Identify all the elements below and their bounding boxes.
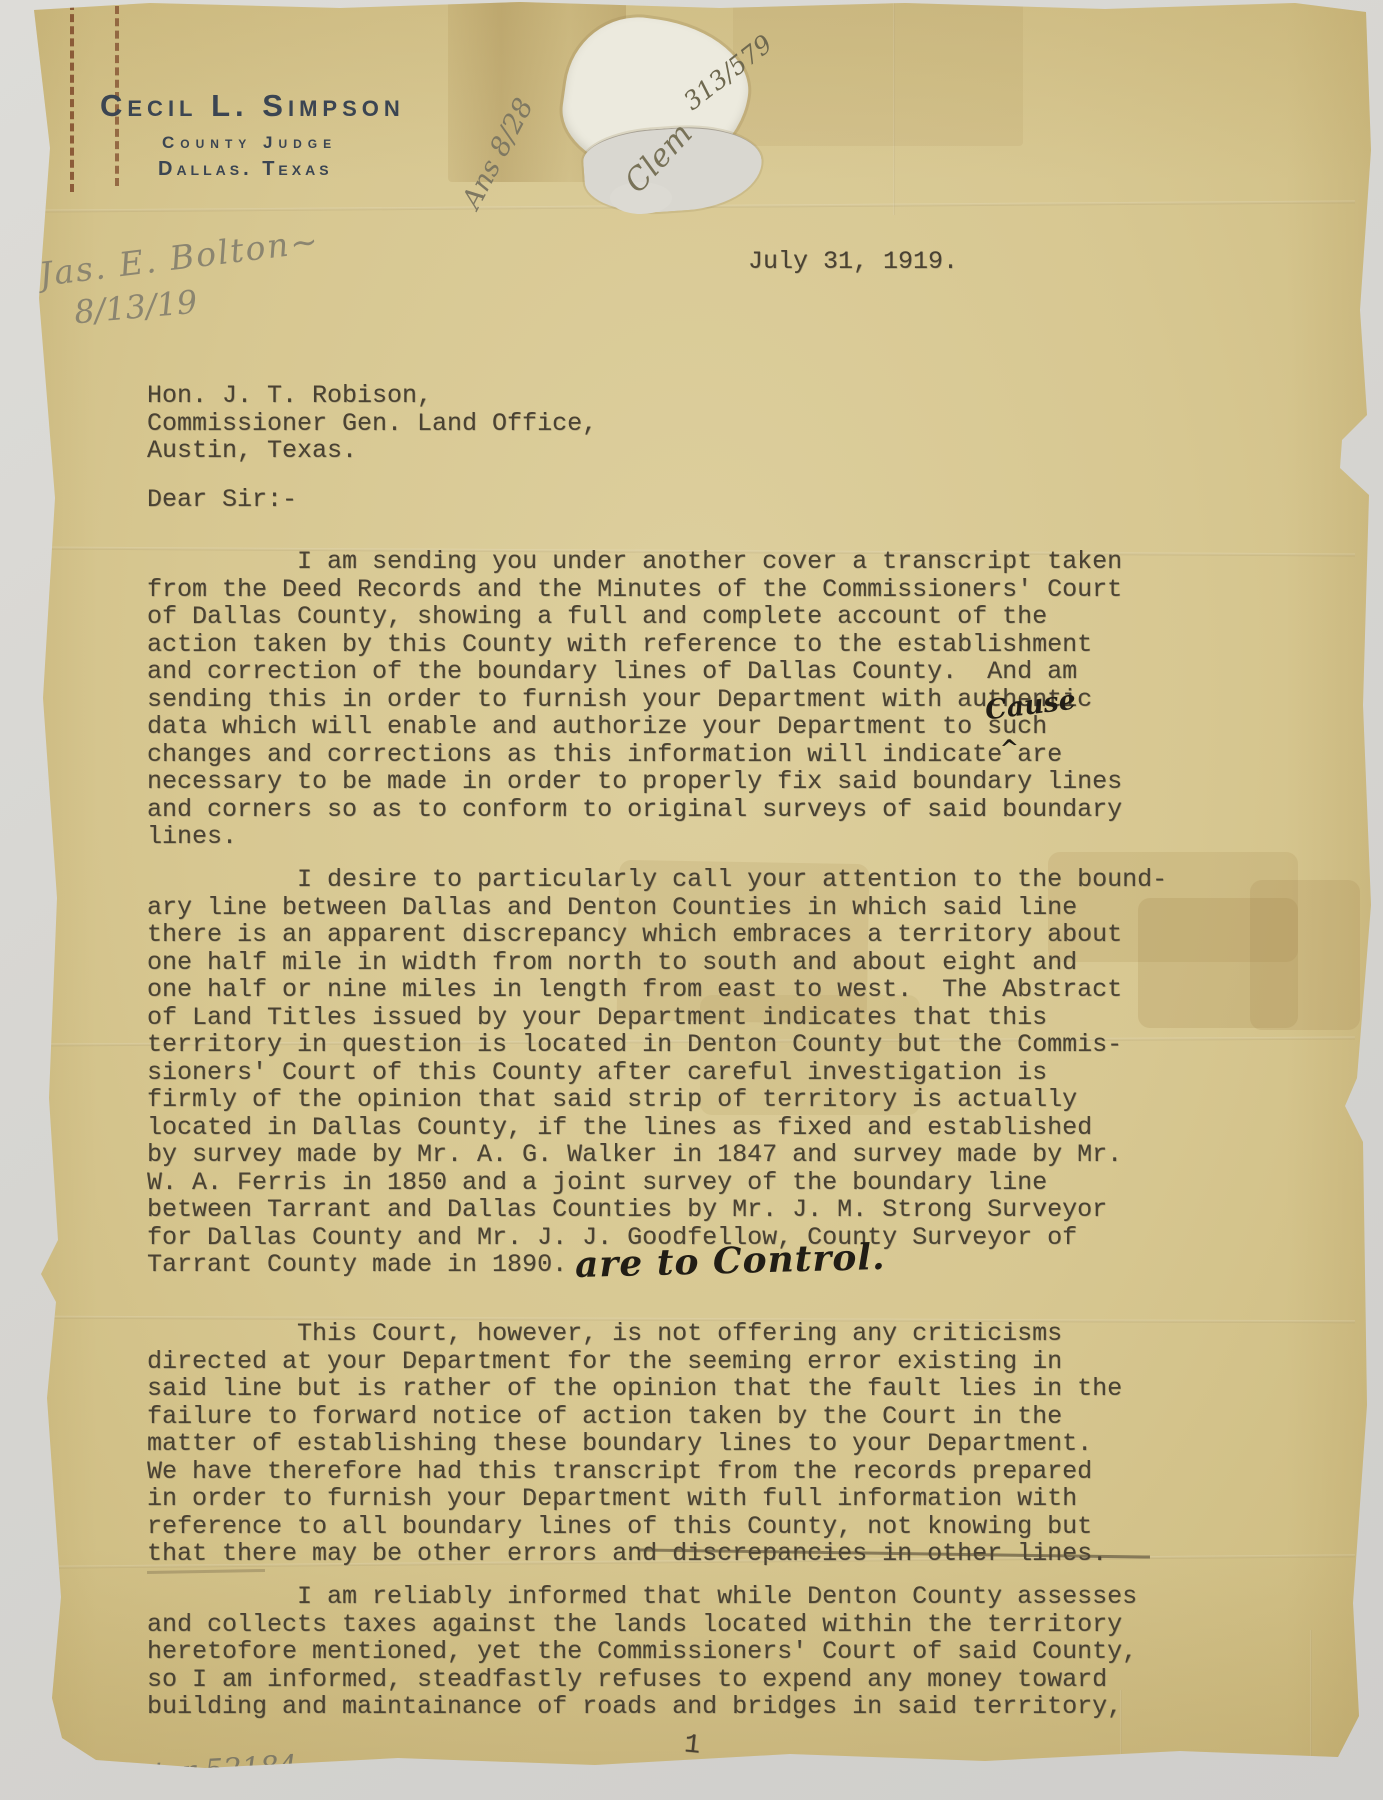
letterhead-name: Cecil L. Simpson xyxy=(100,88,405,124)
scanned-letter-page: { "letterhead": { "name": "Cecil L. Simp… xyxy=(0,0,1383,1800)
rust-mark xyxy=(70,2,74,192)
strike-line xyxy=(147,1569,265,1574)
letter-address: Hon. J. T. Robison, Commissioner Gen. La… xyxy=(147,382,1257,465)
letter-paragraph-1: I am sending you under another cover a t… xyxy=(147,548,1257,851)
crease-line xyxy=(1310,1630,1312,1765)
crease-line xyxy=(893,0,895,215)
page-number: 1 xyxy=(683,1732,702,1761)
stain-patch xyxy=(1250,880,1360,1030)
pencil-note-date: 8/13/19 xyxy=(73,283,199,332)
letterhead-location: Dallas. Texas xyxy=(158,158,333,181)
pencil-note-counter: Counter 52184 xyxy=(75,1748,298,1794)
tape-residue xyxy=(733,0,1023,146)
letterhead-title: County Judge xyxy=(162,133,337,153)
letter-salutation: Dear Sir:- xyxy=(147,486,297,514)
letter-paragraph-3: This Court, however, is not offering any… xyxy=(147,1320,1257,1568)
ink-note-control: are to Control. xyxy=(575,1236,887,1286)
letter-paragraph-4: I am reliably informed that while Denton… xyxy=(147,1583,1257,1721)
letter-paper: Cecil L. Simpson County Judge Dallas. Te… xyxy=(0,0,1383,1800)
letter-date: July 31, 1919. xyxy=(748,248,958,276)
letter-paragraph-2: I desire to particularly call your atten… xyxy=(147,866,1257,1279)
ink-caret-mark: ^ xyxy=(999,734,1020,762)
